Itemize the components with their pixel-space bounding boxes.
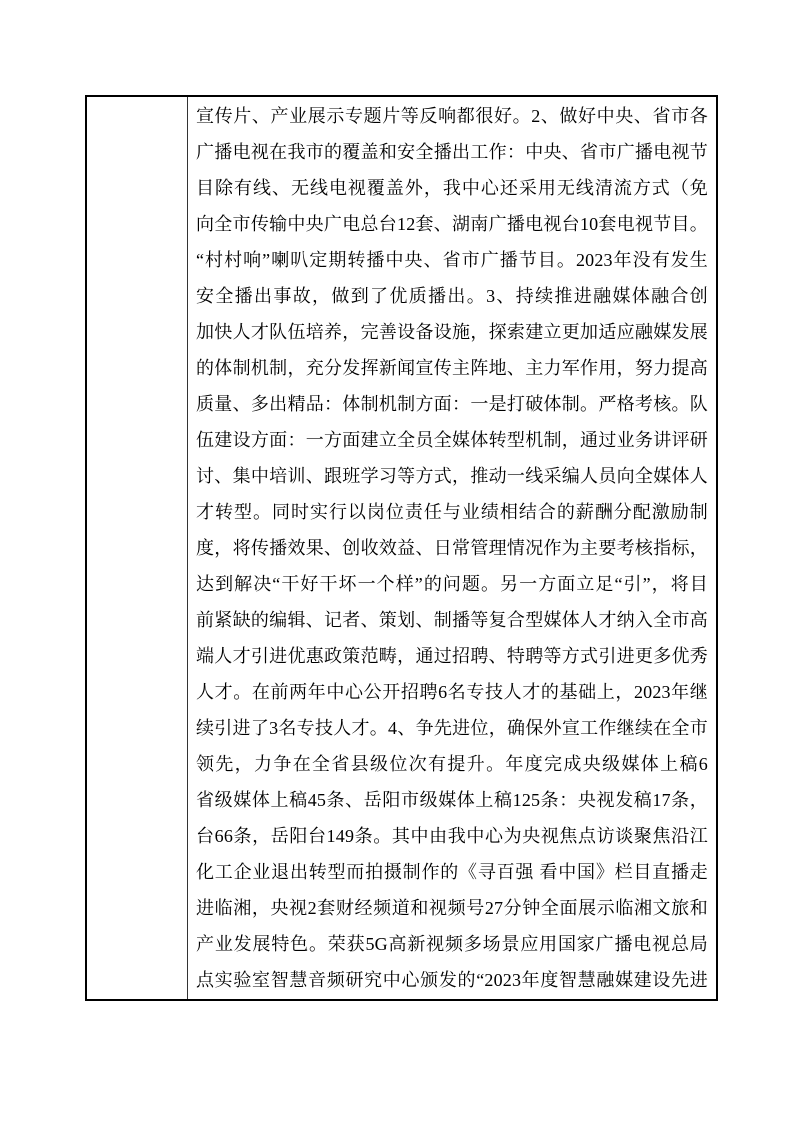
text-line: 的体制机制，充分发挥新闻宣传主阵地、主力军作用，努力提高: [196, 350, 708, 386]
text-line: 伍建设方面：一方面建立全员全媒体转型机制，通过业务讲评研: [196, 422, 708, 458]
text-line: 加快人才队伍培养，完善设备设施，探索建立更加适应融媒发展: [196, 314, 708, 350]
text-line: 度，将传播效果、创收效益、日常管理情况作为主要考核指标，: [196, 530, 708, 566]
text-line: 点实验室智慧音频研究中心颁发的“2023年度智慧融媒建设先进: [196, 962, 708, 998]
text-line: 宣传片、产业展示专题片等反响都很好。2、做好中央、省市各级: [196, 98, 708, 134]
table-cell-label: [87, 97, 188, 999]
text-line: 端人才引进优惠政策范畴，通过招聘、特聘等方式引进更多优秀: [196, 638, 708, 674]
text-line: 化工企业退出转型而拍摄制作的《寻百强 看中国》栏目直播走: [196, 854, 708, 890]
text-line: 安全播出事故，做到了优质播出。3、持续推进融媒体融合创新，: [196, 278, 708, 314]
text-line: 前紧缺的编辑、记者、策划、制播等复合型媒体人才纳入全市高: [196, 602, 708, 638]
document-table: 宣传片、产业展示专题片等反响都很好。2、做好中央、省市各级广播电视在我市的覆盖和…: [85, 95, 718, 1001]
text-line: 向全市传输中央广电总台12套、湖南广播电视台10套电视节目。: [196, 206, 708, 242]
text-line: 台66条，岳阳台149条。其中由我中心为央视焦点访谈聚焦沿江: [196, 818, 708, 854]
table-cell-content: 宣传片、产业展示专题片等反响都很好。2、做好中央、省市各级广播电视在我市的覆盖和…: [188, 97, 716, 999]
text-line: “村村响”喇叭定期转播中央、省市广播节目。2023年没有发生: [196, 242, 708, 278]
text-line: 领先，力争在全省县级位次有提升。年度完成央级媒体上稿6条、: [196, 746, 708, 782]
text-line: 质量、多出精品：体制机制方面：一是打破体制。严格考核。队: [196, 386, 708, 422]
document-page: 宣传片、产业展示专题片等反响都很好。2、做好中央、省市各级广播电视在我市的覆盖和…: [0, 0, 794, 1122]
text-line: 才转型。同时实行以岗位责任与业绩相结合的薪酬分配激励制: [196, 494, 708, 530]
text-line: 讨、集中培训、跟班学习等方式，推动一线采编人员向全媒体人: [196, 458, 708, 494]
text-line: 省级媒体上稿45条、岳阳市级媒体上稿125条：央视发稿17条，省: [196, 782, 708, 818]
text-line: 人才。在前两年中心公开招聘6名专技人才的基础上，2023年继: [196, 674, 708, 710]
text-line: 续引进了3名专技人才。4、争先进位，确保外宣工作继续在全市: [196, 710, 708, 746]
text-line: 广播电视在我市的覆盖和安全播出工作：中央、省市广播电视节: [196, 134, 708, 170]
text-line: 产业发展特色。荣获5G高新视频多场景应用国家广播电视总局重: [196, 926, 708, 962]
text-line: 目除有线、无线电视覆盖外，我中心还采用无线清流方式（免费）: [196, 170, 708, 206]
text-line: 进临湘，央视2套财经频道和视频号27分钟全面展示临湘文旅和: [196, 890, 708, 926]
text-line: 达到解决“干好干坏一个样”的问题。另一方面立足“引”，将目: [196, 566, 708, 602]
